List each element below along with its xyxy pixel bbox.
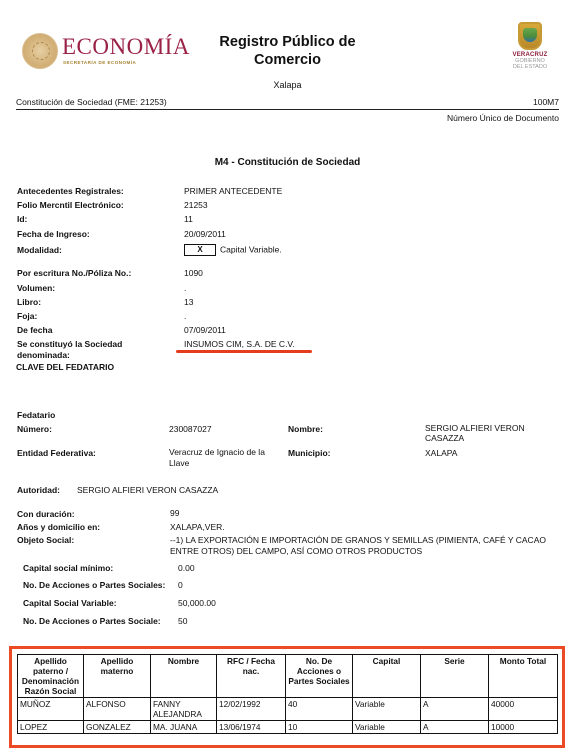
libro-value: 13 — [184, 297, 193, 307]
shareholders-table: Apellido paterno / Denominación Razón So… — [17, 654, 558, 734]
volumen-value: . — [184, 283, 186, 293]
domicilio-value: XALAPA,VER. — [170, 522, 225, 532]
cell: 12/02/1992 — [217, 698, 286, 721]
document-title: Registro Público de Comercio — [185, 33, 390, 69]
cell: A — [421, 698, 489, 721]
de-fecha-label: De fecha — [17, 325, 52, 335]
municipio-value: XALAPA — [425, 448, 457, 458]
capital-minimo-label: Capital social mínimo: — [23, 563, 113, 573]
cell: 40 — [286, 698, 353, 721]
header-rfc: RFC / Fecha nac. — [217, 655, 286, 698]
cell: LOPEZ — [18, 721, 84, 734]
folio-value: 21253 — [184, 200, 208, 210]
shareholders-highlight-frame: Apellido paterno / Denominación Razón So… — [9, 646, 565, 748]
nombre-label: Nombre: — [288, 424, 323, 434]
table-header-row: Apellido paterno / Denominación Razón So… — [18, 655, 558, 698]
acciones-variable-label: No. De Acciones o Partes Sociale: — [23, 616, 161, 626]
modalidad-label: Modalidad: — [17, 245, 62, 255]
modalidad-text: Capital Variable. — [220, 244, 282, 254]
cell: FANNY ALEJANDRA — [151, 698, 217, 721]
nombre-value: SERGIO ALFIERI VERON CASAZZA — [425, 423, 550, 443]
cell: Variable — [353, 721, 421, 734]
cell: ALFONSO — [84, 698, 151, 721]
acciones-variable-value: 50 — [178, 616, 187, 626]
id-label: Id: — [17, 214, 27, 224]
veracruz-logo: VERACRUZ GOBIERNO DEL ESTADO — [500, 22, 560, 82]
mexico-seal-icon — [22, 33, 58, 69]
cell: Variable — [353, 698, 421, 721]
cell: 13/06/1974 — [217, 721, 286, 734]
cell: MA. JUANA — [151, 721, 217, 734]
cell: 10 — [286, 721, 353, 734]
header-monto-total: Monto Total — [489, 655, 558, 698]
header-acciones: No. De Acciones o Partes Sociales — [286, 655, 353, 698]
duracion-value: 99 — [170, 508, 179, 518]
numero-value: 230087027 — [169, 424, 212, 434]
fedatario-heading: Fedatario — [17, 410, 55, 420]
escritura-value: 1090 — [184, 268, 203, 278]
entidad-value: Veracruz de Ignacio de la Llave — [169, 447, 284, 469]
cell: 10000 — [489, 721, 558, 734]
cell: 40000 — [489, 698, 558, 721]
sociedad-value: INSUMOS CIM, S.A. DE C.V. — [184, 339, 295, 349]
domicilio-label: Años y domicilio en: — [17, 522, 100, 532]
libro-label: Libro: — [17, 297, 41, 307]
acciones-minimo-label: No. De Acciones o Partes Sociales: — [23, 580, 165, 590]
fecha-ingreso-value: 20/09/2011 — [184, 229, 226, 239]
municipio-label: Municipio: — [288, 448, 331, 458]
city-label: Xalapa — [185, 80, 390, 90]
capital-variable-value: 50,000.00 — [178, 598, 216, 608]
capital-variable-label: Capital Social Variable: — [23, 598, 117, 608]
cell: GONZALEZ — [84, 721, 151, 734]
economia-subtitle: SECRETARÍA DE ECONOMÍA — [63, 60, 136, 65]
foja-label: Foja: — [17, 311, 37, 321]
document-number-caption: Número Único de Documento — [447, 113, 559, 123]
cell: MUÑOZ — [18, 698, 84, 721]
fecha-ingreso-label: Fecha de Ingreso: — [17, 229, 90, 239]
acciones-minimo-value: 0 — [178, 580, 183, 590]
entidad-label: Entidad Federativa: — [17, 448, 96, 458]
clave-fedatario-label: CLAVE DEL FEDATARIO — [16, 362, 114, 372]
objeto-value: --1) LA EXPORTACIÓN E IMPORTACIÓN DE GRA… — [170, 535, 555, 557]
table-row: MUÑOZ ALFONSO FANNY ALEJANDRA 12/02/1992… — [18, 698, 558, 721]
header-capital: Capital — [353, 655, 421, 698]
table-row: LOPEZ GONZALEZ MA. JUANA 13/06/1974 10 V… — [18, 721, 558, 734]
veracruz-logo-line3: DEL ESTADO — [500, 64, 560, 70]
autoridad-label: Autoridad: — [17, 485, 60, 495]
economia-logo: ECONOMÍA SECRETARÍA DE ECONOMÍA — [22, 28, 192, 70]
escritura-label: Por escritura No./Póliza No.: — [17, 268, 131, 278]
volumen-label: Volumen: — [17, 283, 55, 293]
veracruz-shield-icon — [518, 22, 542, 50]
sociedad-label: Se constituyó la Sociedad denominada: — [17, 339, 147, 361]
cell: A — [421, 721, 489, 734]
antecedentes-value: PRIMER ANTECEDENTE — [184, 186, 282, 196]
de-fecha-value: 07/09/2011 — [184, 325, 226, 335]
highlight-underline — [176, 350, 312, 353]
subheader-bar: Constitución de Sociedad (FME: 21253) 10… — [16, 97, 559, 110]
duracion-label: Con duración: — [17, 509, 75, 519]
document-number: 100M7 — [533, 97, 559, 107]
antecedentes-label: Antecedentes Registrales: — [17, 186, 124, 196]
header-apellido-paterno: Apellido paterno / Denominación Razón So… — [18, 655, 84, 698]
section-title: M4 - Constitución de Sociedad — [0, 157, 575, 168]
subheader-title: Constitución de Sociedad (FME: 21253) — [16, 97, 167, 107]
folio-label: Folio Mercntil Electrónico: — [17, 200, 124, 210]
modalidad-checkbox: X — [184, 244, 216, 256]
foja-value: . — [184, 311, 186, 321]
objeto-label: Objeto Social: — [17, 535, 74, 545]
capital-minimo-value: 0.00 — [178, 563, 195, 573]
economia-wordmark: ECONOMÍA — [62, 34, 190, 60]
modalidad-value: XCapital Variable. — [184, 244, 282, 256]
id-value: 11 — [184, 214, 193, 224]
header-serie: Serie — [421, 655, 489, 698]
header-nombre: Nombre — [151, 655, 217, 698]
autoridad-value: SERGIO ALFIERI VERON CASAZZA — [77, 485, 218, 495]
numero-label: Número: — [17, 424, 52, 434]
header-apellido-materno: Apellido materno — [84, 655, 151, 698]
